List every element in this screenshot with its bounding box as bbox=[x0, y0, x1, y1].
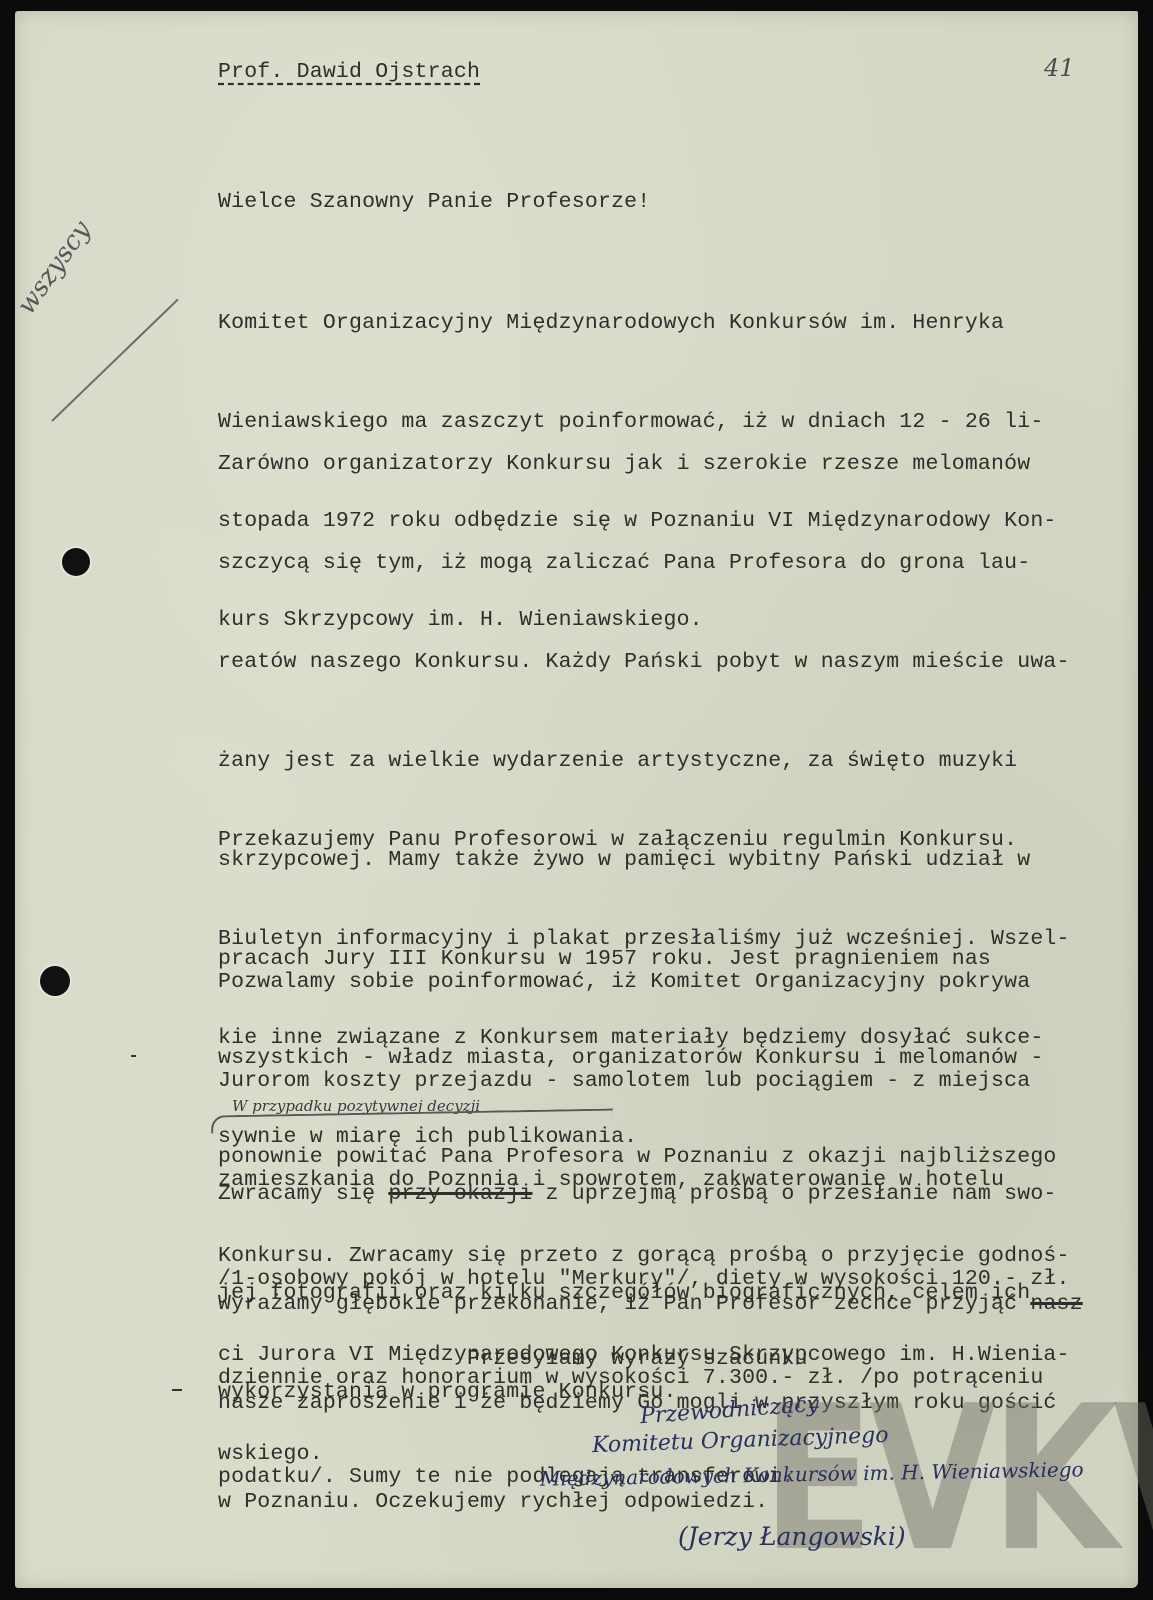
page-number: 41 bbox=[1044, 54, 1075, 82]
struck-text: przy okazji bbox=[388, 1182, 532, 1206]
margin-tick bbox=[131, 1055, 136, 1057]
text-line: Komitet Organizacyjny Międzynarodowych K… bbox=[218, 307, 1057, 340]
text-line: Zwracamy się przy okazji z uprzejmą proś… bbox=[218, 1178, 1057, 1211]
text-line: szczycą się tym, iż mogą zaliczać Pana P… bbox=[218, 547, 1070, 580]
text-segment: Zwracamy się bbox=[218, 1182, 388, 1206]
struck-text: nasz bbox=[1030, 1292, 1082, 1316]
text-segment: Wyrażamy głębokie przekonanie, iż Pan Pr… bbox=[218, 1292, 1030, 1316]
text-line: Zarówno organizatorzy Konkursu jak i sze… bbox=[218, 448, 1070, 481]
salutation: Wielce Szanowny Panie Profesorze! bbox=[218, 186, 650, 219]
text-segment: z uprzejmą prośbą o przesłanie nam swo- bbox=[532, 1182, 1056, 1206]
signature-name: (Jerzy Łangowski) bbox=[678, 1522, 906, 1551]
text-line: Jurorom koszty przejazdu - samolotem lub… bbox=[218, 1065, 1070, 1098]
text-line: Wyrażamy głębokie przekonanie, iż Pan Pr… bbox=[218, 1288, 1083, 1321]
punch-hole-bottom bbox=[40, 966, 70, 996]
text-line: Pozwalamy sobie poinformować, iż Komitet… bbox=[218, 966, 1070, 999]
text-line: Przekazujemy Panu Profesorowi w załączen… bbox=[218, 824, 1070, 857]
punch-hole-top bbox=[62, 548, 90, 576]
recipient-name: Prof. Dawid Ojstrach bbox=[218, 56, 480, 89]
margin-tick bbox=[172, 1389, 182, 1391]
closing-formula: Przesyłamy wyrazy szacunku bbox=[467, 1343, 808, 1376]
text-line: reatów naszego Konkursu. Każdy Pański po… bbox=[218, 646, 1070, 679]
